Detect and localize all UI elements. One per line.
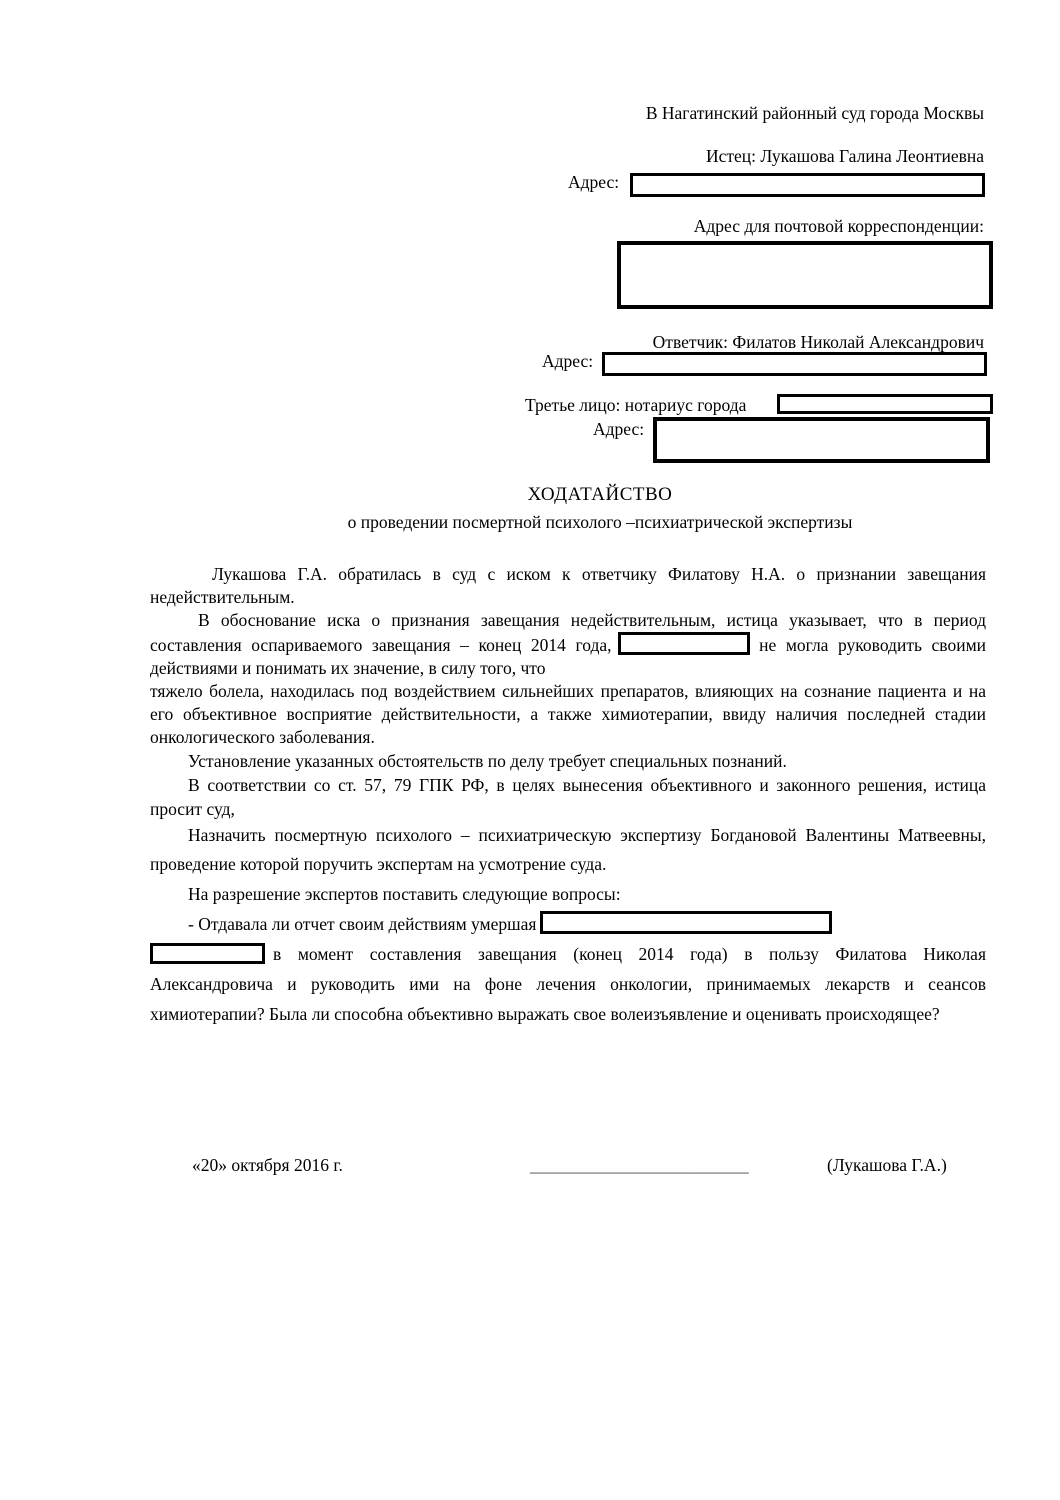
- plaintiff-address-label: Адрес:: [568, 172, 619, 193]
- scanned-court-document: В Нагатинский районный суд города Москвы…: [0, 0, 1060, 1500]
- redaction-box-notary-name: [777, 394, 993, 414]
- redaction-box-third-party-address: [653, 417, 990, 463]
- redaction-box-deceased-name-inline: [618, 632, 750, 655]
- body-paragraph-questions-intro: На разрешение экспертов поставить следую…: [150, 879, 986, 909]
- signature-line: _________________________: [530, 1155, 749, 1176]
- plaintiff-name: Истец: Лукашова Галина Леонтиевна: [706, 146, 984, 167]
- redaction-box-plaintiff-address: [630, 173, 985, 197]
- document-title: ХОДАТАЙСТВО: [150, 484, 1050, 506]
- court-name: В Нагатинский районный суд города Москвы: [646, 103, 984, 124]
- question-text-after-redaction: в момент составления завещания (конец 20…: [150, 944, 986, 1024]
- document-body: Лукашова Г.А. обратилась в суд с иском к…: [150, 563, 986, 1029]
- defendant-name: Ответчик: Филатов Николай Александрович: [653, 332, 984, 353]
- redaction-box-postal-address: [617, 241, 993, 309]
- document-date: «20» октября 2016 г.: [192, 1155, 343, 1176]
- body-paragraph-intro: Лукашова Г.А. обратилась в суд с иском к…: [150, 563, 986, 609]
- third-party-label: Третье лицо: нотариус города: [525, 395, 746, 416]
- redaction-box-defendant-address: [602, 352, 987, 376]
- body-paragraph-request: Назначить посмертную психолого – психиат…: [150, 821, 986, 879]
- question-text-before-redaction: - Отдавала ли отчет своим действиям умер…: [188, 914, 536, 934]
- body-paragraph-question: - Отдавала ли отчет своим действиям умер…: [150, 909, 986, 1029]
- signer-name: (Лукашова Г.А.): [827, 1155, 947, 1176]
- document-subtitle: о проведении посмертной психолого –психи…: [150, 512, 1050, 533]
- postal-address-label: Адрес для почтовой корреспонденции:: [694, 216, 984, 237]
- body-paragraph-special-knowledge: Установление указанных обстоятельств по …: [150, 749, 986, 773]
- defendant-address-label: Адрес:: [542, 351, 593, 372]
- body-paragraph-legal-basis: В соответствии со ст. 57, 79 ГПК РФ, в ц…: [150, 773, 986, 821]
- third-party-address-label: Адрес:: [593, 419, 644, 440]
- body-paragraph-illness: тяжело болела, находилась под воздействи…: [150, 680, 986, 749]
- redaction-box-deceased-name-q1: [540, 911, 832, 934]
- redaction-box-deceased-name-q2: [150, 943, 265, 964]
- body-paragraph-grounds: В обоснование иска о признания завещания…: [150, 609, 986, 680]
